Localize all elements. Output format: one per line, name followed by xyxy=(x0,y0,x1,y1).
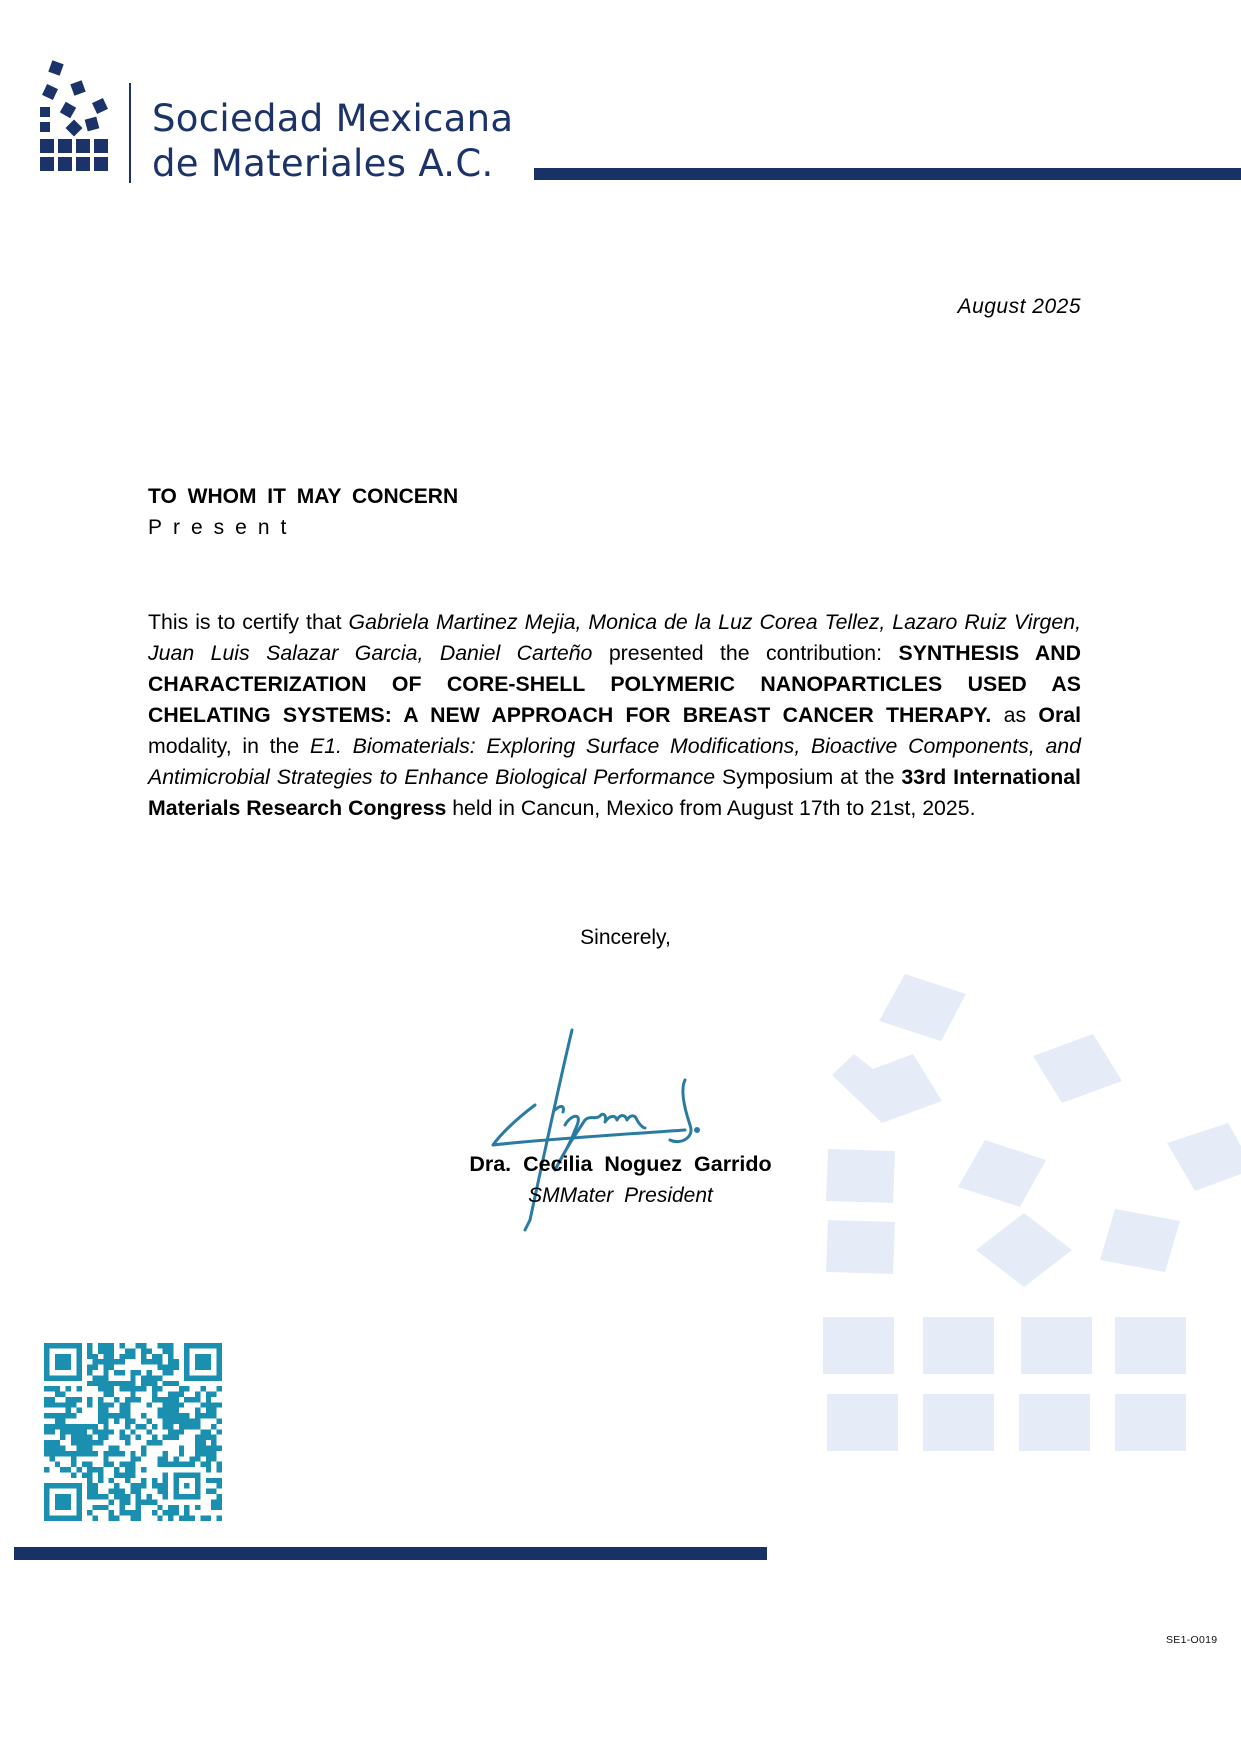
certificate-body: This is to certify that Gabriela Martine… xyxy=(148,607,1081,824)
salutation: Present xyxy=(148,516,297,540)
organization-name: Sociedad Mexicana de Materiales A.C. xyxy=(152,96,513,186)
body-symposium-suffix: Symposium at the xyxy=(715,765,901,789)
signer-name: Dra. Cecilia Noguez Garrido xyxy=(0,1152,1241,1177)
body-modality-suffix: modality, in the xyxy=(148,734,310,758)
signer-name-text: Dra. Cecilia Noguez Garrido xyxy=(469,1152,771,1176)
footer-bar xyxy=(14,1547,767,1560)
letter-date: August 2025 xyxy=(958,295,1081,319)
organization-name-line1: Sociedad Mexicana xyxy=(152,96,513,141)
signer-title: SMMater President xyxy=(0,1184,1241,1208)
body-presented: presented the contribution: xyxy=(592,641,898,665)
closing-text: Sincerely, xyxy=(580,926,671,949)
body-as: as xyxy=(991,703,1038,727)
addressee: TO WHOM IT MAY CONCERN xyxy=(148,485,458,509)
modality: Oral xyxy=(1038,703,1081,727)
qr-code-icon[interactable] xyxy=(44,1343,222,1521)
header-bar xyxy=(534,168,1241,180)
logo-divider xyxy=(129,83,131,183)
document-code: SE1-O019 xyxy=(1166,1634,1217,1646)
organization-name-line2: de Materiales A.C. xyxy=(152,141,513,186)
signer-title-text: SMMater President xyxy=(528,1184,713,1207)
body-ending: held in Cancun, Mexico from August 17th … xyxy=(446,796,975,820)
body-intro: This is to certify that xyxy=(148,610,349,634)
closing: Sincerely, xyxy=(0,926,1241,950)
scattered-squares-logo-icon xyxy=(38,60,118,185)
